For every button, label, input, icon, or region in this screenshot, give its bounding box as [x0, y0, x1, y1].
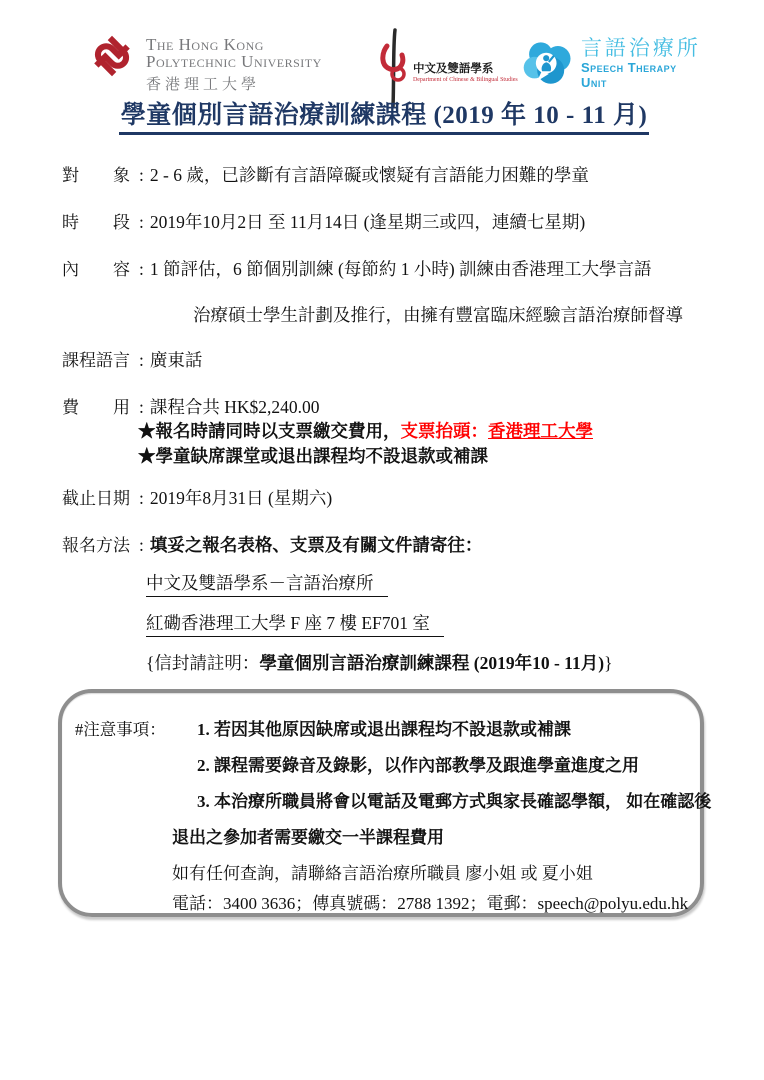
notice-item-1: 1. 若因其他原因缺席或退出課程均不設退款或補課: [172, 718, 711, 741]
field-label-target: 對象: [62, 164, 130, 187]
row-target: 對象:2 - 6 歲，已診斷有言語障礙或懷疑有言語能力困難的學童: [62, 164, 706, 187]
field-label-language: 課程語言: [62, 349, 130, 372]
notice-content: 1. 若因其他原因缺席或退出課程均不設退款或補課 2. 課程需要錄音及錄影，以作…: [172, 718, 711, 913]
polyu-name-en-line1: The Hong Kong: [146, 36, 322, 53]
notice-label: #注意事項：: [75, 718, 172, 913]
fee-note-payment: ★報名時請同時以支票繳交費用，支票抬頭：香港理工大學: [138, 419, 706, 444]
field-value-target: 2 - 6 歲，已診斷有言語障礙或懷疑有言語能力困難的學童: [150, 165, 589, 185]
colon: :: [139, 535, 144, 555]
polyu-knot-icon: [86, 26, 138, 86]
field-value-content-line2: 治療碩士學生計劃及推行，由擁有豐富臨床經驗言語治療師督導: [193, 304, 706, 327]
content-line1-row: 內容:1 節評估，6 節個別訓練 (每節約 1 小時) 訓練由香港理工大學言語: [62, 258, 706, 281]
row-deadline: 截止日期:2019年8月31日 (星期六): [62, 487, 706, 510]
mailing-address-line1: 中文及雙語學系－言語治療所: [146, 572, 706, 597]
notice-item-3-continued: 退出之參加者需要繳交一半課程費用: [172, 826, 711, 849]
field-label-deadline: 截止日期: [62, 487, 130, 510]
colon: :: [139, 165, 144, 185]
flyer-page: { "ui": { "colon": ":" }, "header": { "p…: [0, 0, 764, 1080]
field-value-content-line1: 1 節評估，6 節個別訓練 (每節約 1 小時) 訓練由香港理工大學言語: [150, 259, 652, 279]
document-page: The Hong Kong Polytechnic University 香港理…: [0, 0, 764, 917]
field-label-period: 時段: [62, 211, 130, 234]
colon: :: [139, 397, 144, 417]
row-apply: 報名方法:填妥之報名表格、支票及有關文件請寄往： 中文及雙語學系－言語治療所 紅…: [62, 534, 706, 675]
field-label-fee: 費用: [62, 396, 130, 419]
field-value-fee: 課程合共 HK$2,240.00: [150, 397, 320, 417]
stu-name-en: Speech Therapy Unit: [581, 60, 706, 90]
polyu-name-en-line2: Polytechnic University: [146, 53, 322, 70]
envelope-note: {信封請註明：學童個別言語治療訓練課程 (2019年10 - 11月)}: [146, 652, 706, 675]
field-value-language: 廣東話: [150, 350, 203, 370]
field-value-apply: 填妥之報名表格、支票及有關文件請寄往：: [150, 535, 483, 555]
stu-name-zh: 言語治療所: [581, 38, 706, 60]
mailing-address-line2: 紅磡香港理工大學 F 座 7 樓 EF701 室: [146, 612, 706, 637]
envelope-note-prefix: {信封請註明：: [146, 653, 259, 673]
field-value-deadline: 2019年8月31日 (星期六): [150, 488, 332, 508]
envelope-note-course: 學童個別言語治療訓練課程 (2019年10 - 11月): [259, 653, 604, 673]
course-info: 對象:2 - 6 歲，已診斷有言語障礙或懷疑有言語能力困難的學童 時段:2019…: [62, 164, 706, 675]
envelope-note-suffix: }: [604, 653, 612, 673]
notice-item-2: 2. 課程需要錄音及錄影，以作內部教學及跟進學童進度之用: [172, 754, 711, 777]
header-logos: The Hong Kong Polytechnic University 香港理…: [86, 26, 706, 102]
polyu-name-zh: 香港理工大學: [146, 73, 322, 94]
row-language: 課程語言:廣東話: [62, 349, 706, 372]
field-value-period: 2019年10月2日 至 11月14日 (逢星期三或四，連續七星期): [150, 212, 585, 232]
field-label-apply: 報名方法: [62, 534, 130, 557]
title-container: 學童個別言語治療訓練課程 (2019 年 10 - 11 月): [62, 102, 706, 135]
cbs-name-en: Department of Chinese & Bilingual Studie…: [413, 77, 518, 83]
fee-amount-row: 費用:課程合共 HK$2,240.00: [62, 396, 706, 419]
colon: :: [139, 488, 144, 508]
fee-note-payment-black: ★報名時請同時以支票繳交費用，: [138, 421, 401, 441]
page-title: 學童個別言語治療訓練課程 (2019 年 10 - 11 月): [119, 102, 650, 135]
polyu-logo-text: The Hong Kong Polytechnic University 香港理…: [146, 26, 322, 94]
colon: :: [139, 212, 144, 232]
field-label-content: 內容: [62, 258, 130, 281]
speech-bubble-cloud-icon: [521, 39, 575, 89]
fee-note-payee-label: 支票抬頭：: [401, 421, 489, 441]
notice-contact-line: 如有任何查詢，請聯絡言語治療所職員 廖小姐 或 夏小姐: [172, 862, 711, 885]
row-period: 時段:2019年10月2日 至 11月14日 (逢星期三或四，連續七星期): [62, 211, 706, 234]
stu-logo: 言語治療所 Speech Therapy Unit: [521, 26, 706, 90]
notice-item-3: 3. 本治療所職員將會以電話及電郵方式與家長確認學額， 如在確認後: [172, 790, 711, 813]
cbs-calligraphy-icon: [377, 28, 411, 108]
cbs-logo: 中文及雙語學系 Department of Chinese & Bilingua…: [377, 28, 489, 108]
fee-note-payee-name: 香港理工大學: [488, 421, 593, 441]
cbs-name-zh: 中文及雙語學系: [413, 60, 518, 76]
notice-phone-line: 電話：3400 3636；傳真號碼：2788 1392；電郵：speech@po…: [172, 892, 711, 915]
colon: :: [139, 350, 144, 370]
row-content: 內容:1 節評估，6 節個別訓練 (每節約 1 小時) 訓練由香港理工大學言語 …: [62, 258, 706, 327]
stu-logo-text: 言語治療所 Speech Therapy Unit: [581, 38, 706, 90]
notice-box: #注意事項： 1. 若因其他原因缺席或退出課程均不設退款或補課 2. 課程需要錄…: [58, 689, 704, 917]
polyu-logo: The Hong Kong Polytechnic University 香港理…: [86, 26, 377, 94]
row-fee: 費用:課程合共 HK$2,240.00 ★報名時請同時以支票繳交費用，支票抬頭：…: [62, 396, 706, 468]
colon: :: [139, 259, 144, 279]
fee-note-refund: ★學童缺席課堂或退出課程均不設退款或補課: [138, 444, 706, 469]
cbs-logo-text: 中文及雙語學系 Department of Chinese & Bilingua…: [413, 28, 518, 83]
apply-method-row: 報名方法:填妥之報名表格、支票及有關文件請寄往：: [62, 534, 706, 557]
